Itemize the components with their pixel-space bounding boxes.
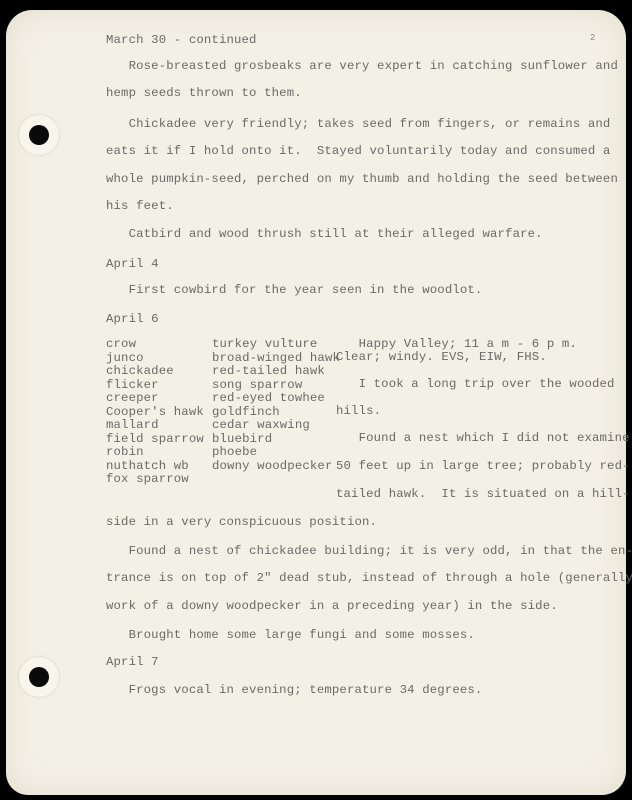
bird-list-item: flicker xyxy=(106,379,204,393)
bird-list-item: field sparrow xyxy=(106,433,204,447)
side-text-line: Clear; windy. EVS, EIW, FHS. xyxy=(336,351,547,365)
bird-list-item: turkey vulture xyxy=(212,338,340,352)
heading-march-30: March 30 - continued xyxy=(106,34,257,48)
text-line: First cowbird for the year seen in the w… xyxy=(106,284,482,298)
side-text-line: hills. xyxy=(336,405,381,419)
binder-hole-top xyxy=(19,115,59,155)
bird-list-item: robin xyxy=(106,446,204,460)
bird-list-item: creeper xyxy=(106,392,204,406)
text-line: trance is on top of 2" dead stub, instea… xyxy=(106,572,632,586)
bird-list-item: song sparrow xyxy=(212,379,340,393)
binder-hole-bottom xyxy=(19,657,59,697)
side-text-line: tailed hawk. It is situated on a hill- xyxy=(336,488,630,502)
text-line: Found a nest of chickadee building; it i… xyxy=(106,545,632,559)
bird-list-item: red-eyed towhee xyxy=(212,392,340,406)
text-line: eats it if I hold onto it. Stayed volunt… xyxy=(106,145,610,159)
bird-list-item: Cooper's hawk xyxy=(106,406,204,420)
text-line: Rose-breasted grosbeaks are very expert … xyxy=(106,60,618,74)
heading-april-4: April 4 xyxy=(106,258,159,272)
bird-list-item: chickadee xyxy=(106,365,204,379)
text-line: side in a very conspicuous position. xyxy=(106,516,377,530)
text-line: whole pumpkin-seed, perched on my thumb … xyxy=(106,173,618,187)
bird-list-item: downy woodpecker xyxy=(212,460,340,474)
heading-april-6: April 6 xyxy=(106,313,159,327)
text-line: hemp seeds thrown to them. xyxy=(106,87,302,101)
bird-list-item: red-tailed hawk xyxy=(212,365,340,379)
bird-list-item: junco xyxy=(106,352,204,366)
heading-april-7: April 7 xyxy=(106,656,159,670)
text-line: Chickadee very friendly; takes seed from… xyxy=(106,118,610,132)
page-number: 2 xyxy=(590,32,596,46)
bird-list-item: phoebe xyxy=(212,446,340,460)
text-line: Frogs vocal in evening; temperature 34 d… xyxy=(106,684,482,698)
bird-list-item: goldfinch xyxy=(212,406,340,420)
bird-list-item: crow xyxy=(106,338,204,352)
bird-list-column-1: crow junco chickadee flicker creeper Coo… xyxy=(106,338,204,487)
text-line: Catbird and wood thrush still at their a… xyxy=(106,228,543,242)
bird-list-item: nuthatch wb xyxy=(106,460,204,474)
side-text-line: 50 feet up in large tree; probably red- xyxy=(336,460,630,474)
side-text-line: I took a long trip over the wooded xyxy=(336,378,615,392)
bird-list-item: broad-winged hawk xyxy=(212,352,340,366)
side-text-line: Found a nest which I did not examine; xyxy=(336,432,632,446)
bird-list-item: cedar waxwing xyxy=(212,419,340,433)
bird-list-item: mallard xyxy=(106,419,204,433)
bird-list-column-2: turkey vulture broad-winged hawk red-tai… xyxy=(212,338,340,473)
text-line: Brought home some large fungi and some m… xyxy=(106,629,475,643)
bird-list-item: fox sparrow xyxy=(106,473,204,487)
bird-list-item: bluebird xyxy=(212,433,340,447)
text-line: his feet. xyxy=(106,200,174,214)
text-line: work of a downy woodpecker in a precedin… xyxy=(106,600,558,614)
